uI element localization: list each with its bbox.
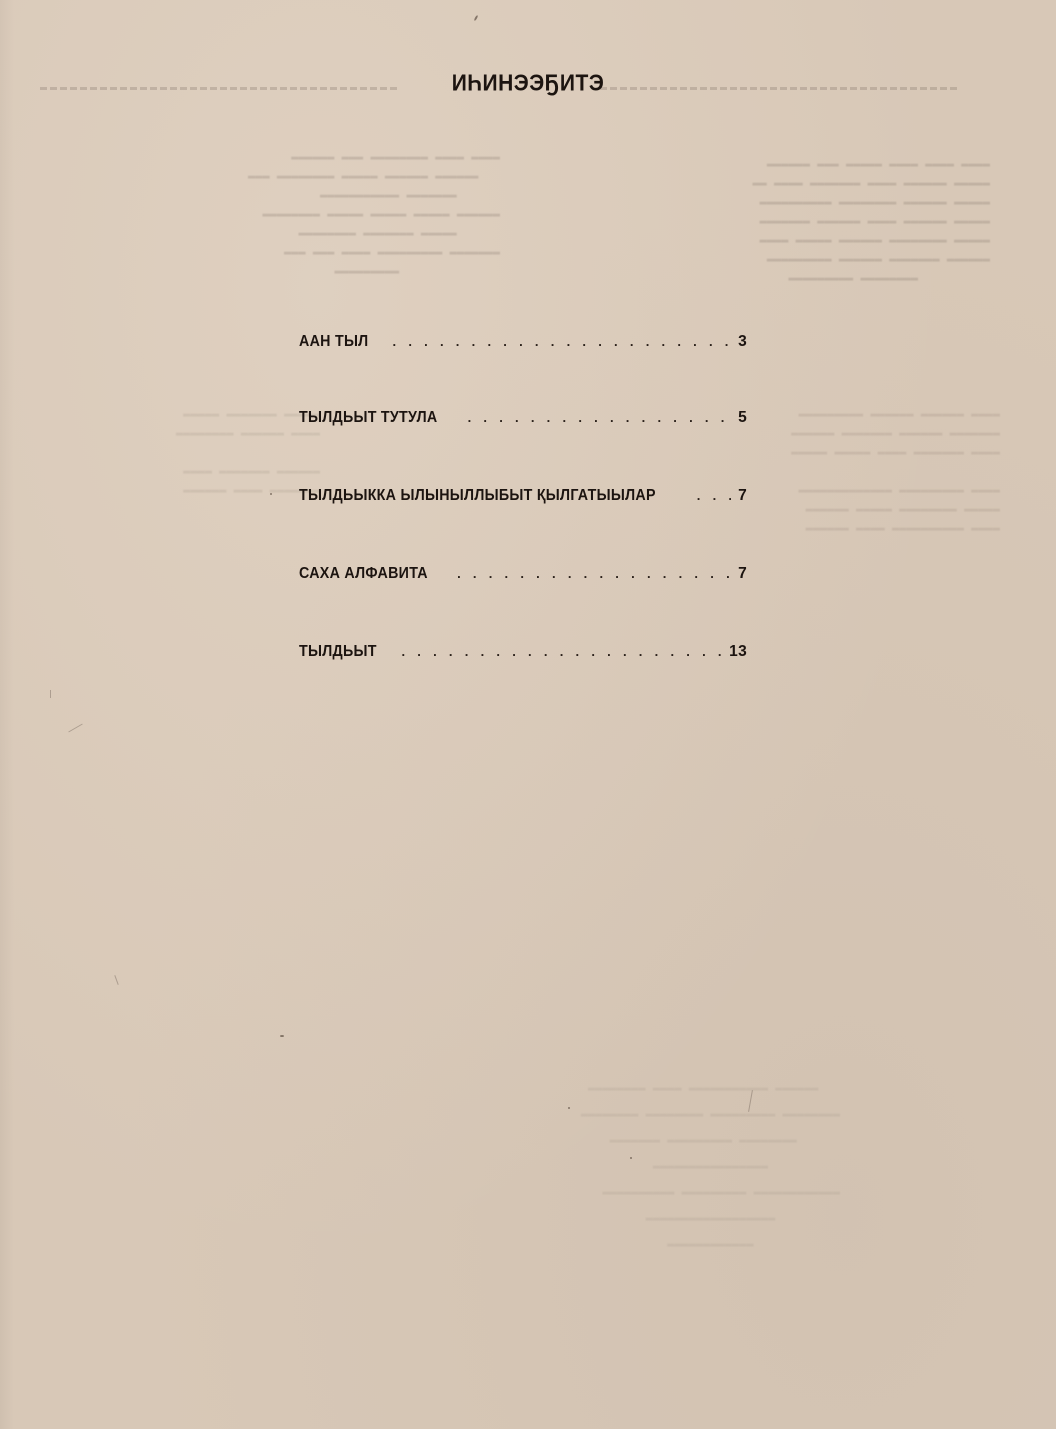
page-title: ИҺИНЭЭҔИТЭ — [0, 72, 1056, 96]
paper-speck — [280, 1035, 284, 1037]
toc-entry[interactable]: ТЫЛДЬЫТ 13 — [299, 643, 747, 667]
toc-entry[interactable]: ААН ТЫЛ 3 — [299, 333, 747, 357]
paper-fiber — [114, 975, 118, 985]
paper-speck — [630, 1157, 632, 1159]
toc-entry-page: 7 — [735, 565, 747, 583]
bleed-through-text: ▬▬▬▬ ▬▬▬▬ ▬▬▬▬ ▬▬▬▬▬ ▬▬▬ ▬▬▬▬▬▬ ▬▬▬▬▬ ▬▬… — [530, 155, 990, 288]
toc-dot-leader — [393, 334, 731, 349]
toc-entry-page: 5 — [735, 409, 747, 427]
toc-dot-leader — [401, 644, 725, 659]
toc-dot-leader — [468, 410, 731, 425]
bleed-through-text: ▬▬▬▬▬ ▬▬▬▬▬▬▬ ▬▬▬▬▬ ▬▬▬▬ ▬▬▬▬▬▬ ▬▬▬▬▬▬▬▬… — [20, 405, 320, 500]
toc-entry-page: 7 — [735, 487, 747, 505]
paper-fiber — [68, 724, 82, 733]
toc-entry[interactable]: САХА АЛФАВИТА 7 — [299, 565, 747, 589]
paper-speck — [270, 493, 272, 495]
toc-entry-title: ААН ТЫЛ — [299, 333, 368, 351]
paper-background — [0, 0, 1056, 1429]
paper-fiber — [748, 1090, 753, 1112]
toc-dot-leader — [457, 566, 731, 581]
paper-speck — [474, 15, 479, 21]
toc-dot-leader — [697, 488, 731, 503]
paper-speck — [568, 1107, 570, 1109]
toc-entry[interactable]: ТЫЛДЬЫТ ТУТУЛА 5 — [299, 409, 747, 433]
toc-entry[interactable]: ТЫЛДЬЫККА ЫЛЫНЫЛЛЫБЫТ ҚЫЛГАТЫЫЛАР 7 — [299, 487, 747, 511]
toc-entry-title: ТЫЛДЬЫККА ЫЛЫНЫЛЛЫБЫТ ҚЫЛГАТЫЫЛАР — [299, 487, 656, 505]
toc-entry-title: ТЫЛДЬЫТ — [299, 643, 377, 661]
bleed-through-text: ▬▬▬▬▬▬ ▬▬▬▬▬▬▬▬▬▬▬ ▬▬▬▬ ▬▬▬▬▬▬▬▬ ▬▬▬▬▬▬▬… — [220, 1075, 840, 1257]
toc-entry-title: САХА АЛФАВИТА — [299, 565, 428, 583]
paper-fiber — [50, 690, 51, 698]
toc-entry-title: ТЫЛДЬЫТ ТУТУЛА — [299, 409, 438, 427]
page-title-text: ИҺИНЭЭҔИТЭ — [452, 71, 605, 97]
bleed-through-text: ▬▬▬▬ ▬▬▬▬ ▬▬▬▬▬▬▬▬ ▬▬▬ ▬▬▬▬▬▬ ▬▬▬▬▬▬ ▬▬▬… — [40, 148, 500, 281]
toc-entry-page: 3 — [735, 333, 747, 351]
toc-entry-page: 13 — [729, 643, 747, 661]
